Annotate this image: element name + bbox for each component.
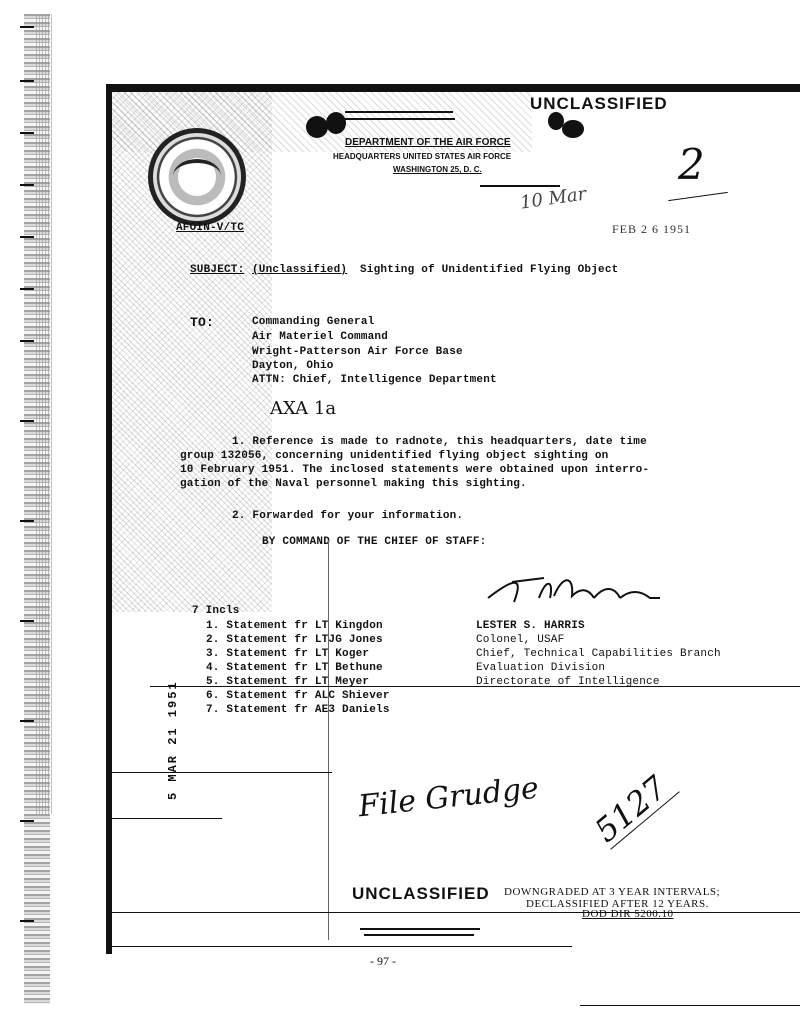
signer-division: Evaluation Division	[476, 662, 605, 674]
ink-blot	[326, 112, 346, 134]
to-line: Wright-Patterson Air Force Base	[252, 346, 463, 358]
margin-tick	[20, 620, 34, 622]
redaction-scribble	[360, 928, 480, 930]
department-of-defense-seal-icon	[148, 128, 246, 226]
handwritten-underline	[668, 192, 728, 201]
inclosure-item: 4. Statement fr LT Bethune	[206, 662, 383, 674]
margin-tick	[20, 920, 34, 922]
handwritten-number-note: 5127	[587, 768, 674, 849]
eagle-icon	[173, 159, 221, 193]
scan-fold-line	[328, 540, 329, 940]
command-line: BY COMMAND OF THE CHIEF OF STAFF:	[262, 536, 486, 548]
to-line: Dayton, Ohio	[252, 360, 334, 372]
margin-date-stamp: 5 MAR 21 1951	[166, 680, 180, 800]
redaction-scribble	[345, 111, 453, 113]
handwritten-code-note: AXA 1a	[270, 398, 336, 419]
ink-blot	[562, 120, 584, 138]
redaction-scribble	[364, 934, 474, 936]
margin-tick	[20, 520, 34, 522]
subject-text: Sighting of Unidentified Flying Object	[360, 264, 618, 276]
margin-tick	[20, 132, 34, 134]
signature-icon	[484, 568, 684, 610]
paragraph-2: 2. Forwarded for your information.	[232, 510, 463, 522]
signer-directorate: Directorate of Intelligence	[476, 676, 660, 688]
to-line: Commanding General	[252, 316, 374, 328]
to-label: TO:	[190, 315, 214, 330]
downgrade-notice-line: DOWNGRADED AT 3 YEAR INTERVALS;	[504, 886, 720, 898]
paragraph-1-line: 10 February 1951. The inclosed statement…	[180, 464, 649, 476]
margin-tick	[20, 26, 34, 28]
letterhead-headquarters: HEADQUARTERS UNITED STATES AIR FORCE	[333, 152, 511, 161]
signer-title: Chief, Technical Capabilities Branch	[476, 648, 721, 660]
inclosure-item: 2. Statement fr LTJG Jones	[206, 634, 383, 646]
classification-stamp-bottom: UNCLASSIFIED	[352, 884, 490, 904]
handwritten-date-note: 10 Mar	[519, 183, 588, 213]
subject-label: SUBJECT:	[190, 264, 244, 276]
margin-tick	[20, 720, 34, 722]
inclosure-item: 1. Statement fr LT Kingdon	[206, 620, 383, 632]
scan-line	[112, 912, 800, 913]
paragraph-1-line: group 132056, concerning unidentified fl…	[180, 450, 608, 462]
paragraph-1-line: 1. Reference is made to radnote, this he…	[232, 436, 647, 448]
scan-line	[150, 686, 800, 687]
margin-tick	[20, 80, 34, 82]
margin-tick	[20, 340, 34, 342]
ink-blot	[306, 116, 328, 138]
subject-classification: (Unclassified)	[252, 264, 347, 276]
to-line: ATTN: Chief, Intelligence Department	[252, 374, 497, 386]
margin-tick	[20, 820, 34, 822]
redaction-scribble	[335, 118, 455, 120]
scan-line	[112, 818, 222, 819]
margin-tick	[20, 236, 34, 238]
handwritten-page-mark: 2	[678, 140, 705, 189]
scan-line	[112, 772, 332, 773]
inclosure-item: 6. Statement fr ALC Shiever	[206, 690, 390, 702]
scan-edge-speckle-2	[36, 14, 52, 814]
to-line: Air Materiel Command	[252, 331, 388, 343]
office-symbol: AFOIN-V/TC	[176, 222, 244, 234]
classification-stamp-top: UNCLASSIFIED	[530, 94, 668, 114]
scan-border-top	[106, 84, 800, 92]
signer-rank: Colonel, USAF	[476, 634, 564, 646]
signer-name: LESTER S. HARRIS	[476, 620, 585, 632]
page-number: - 97 -	[370, 954, 396, 969]
inclosure-item: 7. Statement fr AE3 Daniels	[206, 704, 390, 716]
margin-tick	[20, 184, 34, 186]
inclosure-item: 3. Statement fr LT Koger	[206, 648, 369, 660]
inclosures-header: 7 Incls	[192, 605, 240, 617]
letterhead-department: DEPARTMENT OF THE AIR FORCE	[345, 137, 511, 148]
paragraph-1-line: gation of the Naval personnel making thi…	[180, 478, 527, 490]
downgrade-notice-line: DOD DIR 5200.10	[582, 908, 674, 920]
margin-tick	[20, 420, 34, 422]
strike-line	[480, 185, 560, 187]
handwritten-file-note: File Grudge	[357, 771, 541, 825]
margin-tick	[20, 288, 34, 290]
scan-line	[112, 946, 572, 947]
letterhead-city: WASHINGTON 25, D. C.	[393, 165, 482, 174]
received-date-stamp: FEB 2 6 1951	[612, 222, 691, 237]
scan-line	[580, 1005, 800, 1006]
